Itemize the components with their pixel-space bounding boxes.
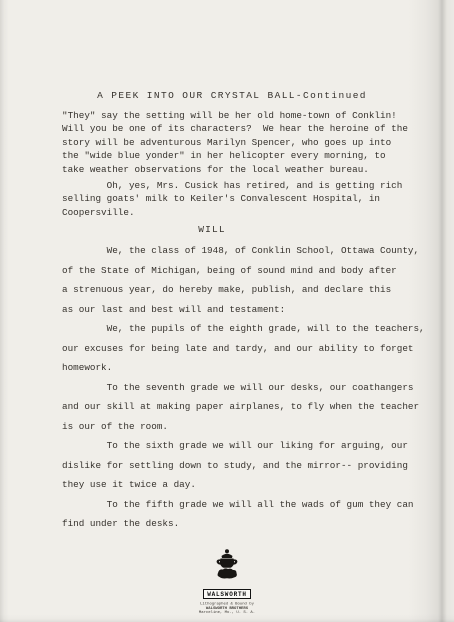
intro-paragraph-2: Oh, yes, Mrs. Cusick has retired, and is… [62,179,454,219]
text-line: homework. [62,358,454,378]
text-line: story will be adventurous Marilyn Spence… [62,136,454,149]
will-text-block: We, the class of 1948, of Conklin School… [62,241,454,534]
text-line: selling goats' milk to Keiler's Convales… [62,192,454,205]
text-line: of the State of Michigan, being of sound… [62,261,454,281]
text-line: We, the class of 1948, of Conklin School… [62,241,454,261]
text-line: take weather observations for the local … [62,163,454,176]
walsworth-trophy-icon [209,549,245,583]
walsworth-logo-box: WALSWORTH [203,589,251,599]
text-line: To the seventh grade we will our desks, … [62,378,454,398]
text-line: is our of the room. [62,417,454,437]
intro-paragraph-1: "They" say the setting will be her old h… [62,109,454,176]
text-line: our excuses for being late and tardy, an… [62,339,454,359]
text-line: Coopersville. [62,206,454,219]
printer-colophon: WALSWORTH Lithographed & Bound by WALSWO… [0,549,454,619]
page-title: A PEEK INTO OUR CRYSTAL BALL-Continued [62,90,402,101]
scanned-yearbook-page: A PEEK INTO OUR CRYSTAL BALL-Continued "… [0,0,454,622]
text-line: and our skill at making paper airplanes,… [62,397,454,417]
text-line: as our last and best will and testament: [62,300,454,320]
text-line: Oh, yes, Mrs. Cusick has retired, and is… [62,179,454,192]
text-line: To the sixth grade we will our liking fo… [62,436,454,456]
colophon-small-print: Lithographed & Bound by WALSWORTH BROTHE… [50,602,404,615]
text-line: To the fifth grade we will all the wads … [62,495,454,515]
text-line: "They" say the setting will be her old h… [62,109,454,122]
text-line: We, the pupils of the eighth grade, will… [62,319,454,339]
colophon-line-3: Marceline, Mo., U. S. A. [50,611,404,615]
text-line: Will you be one of its characters? We he… [62,122,454,135]
text-line: the "wide blue yonder" in her helicopter… [62,149,454,162]
will-section-heading: WILL [62,224,362,235]
text-line: a strenuous year, do hereby make, publis… [62,280,454,300]
text-line: dislike for settling down to study, and … [62,456,454,476]
text-line: they use it twice a day. [62,475,454,495]
text-line: find under the desks. [62,514,454,534]
